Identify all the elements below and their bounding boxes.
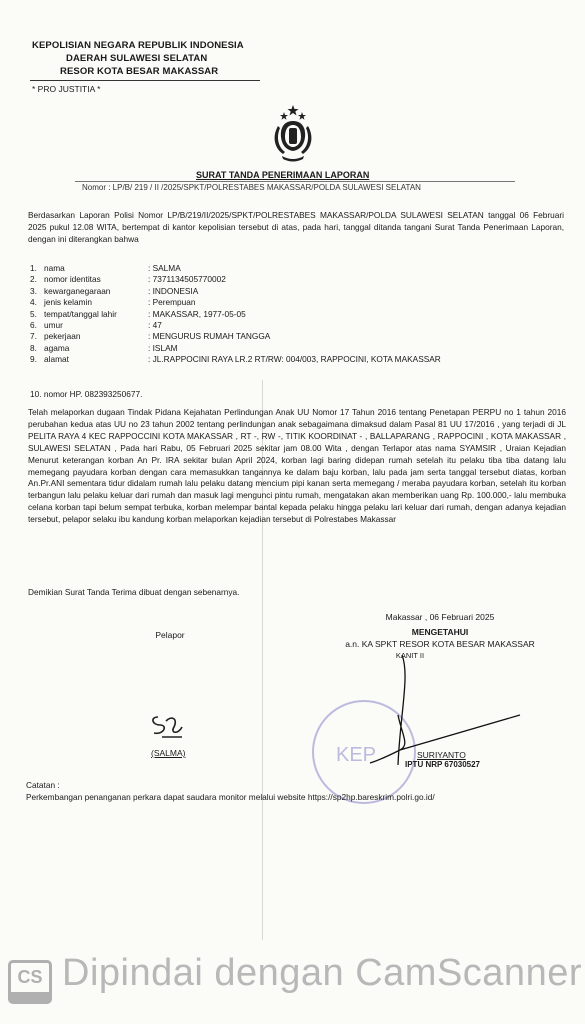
right-signer-role: a.n. KA SPKT RESOR KOTA BESAR MAKASSAR — [300, 639, 580, 649]
title-divider — [75, 181, 515, 182]
identity-field-row: 6.umur: 47 — [30, 320, 570, 331]
field-label: nomor identitas — [44, 274, 148, 285]
field-value: : 7371134505770002 — [148, 274, 570, 285]
field-num: 6. — [30, 320, 44, 331]
mengetahui-label: MENGETAHUI — [340, 627, 540, 637]
note-label: Catatan : — [26, 780, 60, 790]
phone-line: 10. nomor HP. 082393250677. — [30, 389, 142, 399]
field-num: 3. — [30, 286, 44, 297]
field-label: agama — [44, 343, 148, 354]
left-signer-role: Pelapor — [130, 630, 210, 640]
pro-justitia: * PRO JUSTITIA * — [32, 84, 101, 95]
right-signer-name: SURIYANTO — [417, 750, 466, 760]
field-num: 4. — [30, 297, 44, 308]
identity-field-row: 1.nama: SALMA — [30, 263, 570, 274]
left-signer-name: (SALMA) — [151, 748, 185, 758]
field-num: 8. — [30, 343, 44, 354]
report-body: Telah melaporkan dugaan Tindak Pidana Ke… — [28, 407, 566, 526]
document-title: SURAT TANDA PENERIMAAN LAPORAN — [196, 170, 369, 180]
identity-field-row: 7.pekerjaan: MENGURUS RUMAH TANGGA — [30, 331, 570, 342]
field-label: alamat — [44, 354, 148, 365]
header-line-3: RESOR KOTA BESAR MAKASSAR — [60, 66, 218, 78]
field-num: 7. — [30, 331, 44, 342]
document-number: Nomor : LP/B/ 219 / II /2025/SPKT/POLRES… — [82, 183, 421, 192]
right-signer-id: IPTU NRP 67030527 — [405, 760, 480, 769]
identity-field-row: 8.agama: ISLAM — [30, 343, 570, 354]
field-label: umur — [44, 320, 148, 331]
field-label: nama — [44, 263, 148, 274]
camscanner-logo-text: CS — [17, 967, 42, 987]
place-date: Makassar , 06 Februari 2025 — [340, 612, 540, 622]
identity-field-row: 2.nomor identitas: 7371134505770002 — [30, 274, 570, 285]
identity-field-row: 9.alamat: JL.RAPPOCINI RAYA LR.2 RT/RW: … — [30, 354, 570, 365]
field-value: : Perempuan — [148, 297, 570, 308]
intro-paragraph: Berdasarkan Laporan Polisi Nomor LP/B/21… — [28, 210, 564, 246]
field-num: 2. — [30, 274, 44, 285]
field-value: : JL.RAPPOCINI RAYA LR.2 RT/RW: 004/003,… — [148, 354, 570, 365]
field-label: tempat/tanggal lahir — [44, 309, 148, 320]
field-num: 5. — [30, 309, 44, 320]
field-value: : INDONESIA — [148, 286, 570, 297]
reporter-signature — [148, 713, 188, 739]
identity-fields: 1.nama: SALMA2.nomor identitas: 73711345… — [30, 263, 570, 366]
field-value: : MAKASSAR, 1977-05-05 — [148, 309, 570, 320]
field-value: : ISLAM — [148, 343, 570, 354]
field-label: kewarganegaraan — [44, 286, 148, 297]
identity-field-row: 3.kewarganegaraan: INDONESIA — [30, 286, 570, 297]
closing-statement: Demikian Surat Tanda Terima dibuat denga… — [28, 587, 239, 597]
field-value: : MENGURUS RUMAH TANGGA — [148, 331, 570, 342]
header-line-2: DAERAH SULAWESI SELATAN — [66, 53, 207, 65]
scanner-watermark: Dipindai dengan CamScanner — [62, 952, 582, 995]
header-divider — [30, 80, 260, 81]
identity-field-row: 5.tempat/tanggal lahir: MAKASSAR, 1977-0… — [30, 309, 570, 320]
field-num: 1. — [30, 263, 44, 274]
identity-field-row: 4.jenis kelamin: Perempuan — [30, 297, 570, 308]
note-text: Perkembangan penanganan perkara dapat sa… — [26, 792, 435, 802]
header-line-1: KEPOLISIAN NEGARA REPUBLIK INDONESIA — [32, 40, 244, 52]
police-emblem-icon — [268, 104, 318, 166]
field-value: : SALMA — [148, 263, 570, 274]
field-value: : 47 — [148, 320, 570, 331]
camscanner-logo-icon: CS — [8, 960, 52, 1004]
field-label: jenis kelamin — [44, 297, 148, 308]
field-num: 9. — [30, 354, 44, 365]
field-label: pekerjaan — [44, 331, 148, 342]
